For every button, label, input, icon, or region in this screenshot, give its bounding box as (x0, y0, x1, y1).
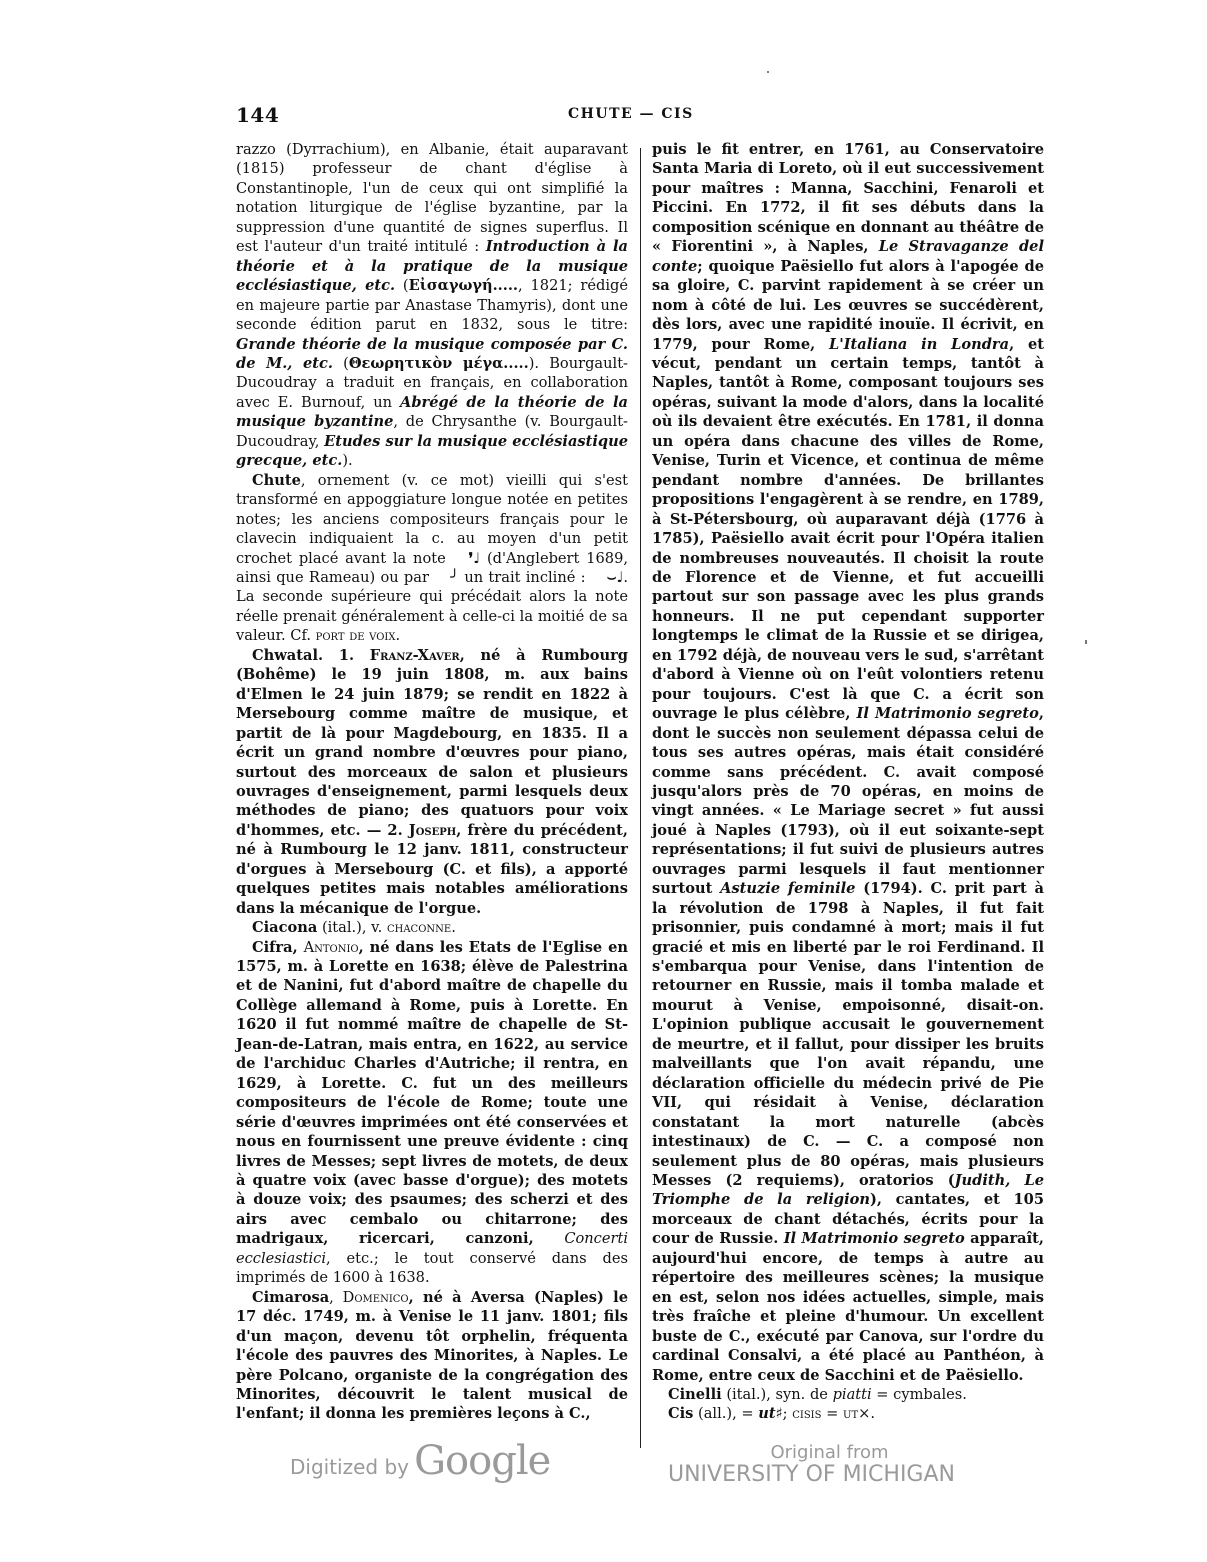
scan-speck (1085, 640, 1087, 644)
text: (ital.), v. (317, 919, 387, 936)
greek-title: Θεωρητικὸν μέγα..... (349, 355, 529, 372)
entry-cis: Cis (all.), = ut♯; cisis = ut×. (652, 1404, 1044, 1423)
text: ( (395, 277, 409, 294)
running-head: CHUTE — CIS (568, 106, 694, 122)
text: , (329, 1289, 342, 1306)
term-italic: piatti (833, 1386, 872, 1403)
term-small-caps: cisis (792, 1405, 821, 1422)
text: ). (342, 452, 352, 469)
text: , dont le succès non seulement dépassa c… (652, 705, 1044, 897)
text: = (822, 1405, 844, 1422)
text: . (451, 919, 456, 936)
person-name: Domenico (343, 1289, 409, 1306)
text: . (870, 1405, 875, 1422)
university-watermark: Original from UNIVERSITY OF MICHIGAN (668, 1444, 955, 1488)
google-logo: Google (414, 1438, 550, 1484)
title-italic: Astuzie feminile (720, 880, 855, 897)
text: . (395, 627, 400, 644)
text: , (293, 939, 304, 956)
watermark-text: Digitized by (290, 1455, 409, 1479)
entry-headword: Chute (252, 472, 301, 489)
music-slanted-stroke-icon: ⌣♩ (591, 568, 624, 587)
term-italic: ut (758, 1405, 775, 1422)
person-name: Antonio (304, 939, 359, 956)
left-column: razzo (Dyrrachium), en Albanie, était au… (236, 140, 628, 1424)
sharp-sign-icon: ♯ (776, 1405, 783, 1422)
entry-cinelli: Cinelli (ital.), syn. de piatti = cymbal… (652, 1385, 1044, 1404)
entry-cimarosa-continued: puis le fit entrer, en 1761, au Conserva… (652, 140, 1044, 1385)
title-italic: Il Matrimonio segreto (857, 705, 1039, 722)
entry-headword: Cifra (252, 939, 293, 956)
music-hook-note-icon: ❜♩ (453, 549, 481, 568)
text: , et vécut, pendant un certain temps, ta… (652, 336, 1044, 723)
text: ( (333, 355, 349, 372)
double-sharp-sign-icon: × (858, 1405, 870, 1422)
entry-cifra: Cifra, Antonio, né dans les Etats de l'E… (236, 938, 628, 1288)
text: . 1. (318, 647, 370, 664)
text: , né dans les Etats de l'Eglise en 1575,… (236, 939, 628, 1248)
text: apparaît, aujourd'hui encore, de temps à… (652, 1230, 1044, 1383)
watermark-text: Original from (668, 1444, 955, 1462)
text: (ital.), syn. de (722, 1386, 833, 1403)
page-number: 144 (236, 103, 279, 127)
text: = cymbales. (872, 1386, 967, 1403)
person-name: Franz-Xaver (370, 647, 460, 664)
greek-title: Εἰσαγωγή..... (409, 277, 518, 294)
text: , né à Rumbourg (Bohême) le 19 juin 1808… (236, 647, 628, 839)
cross-reference: chaconne (387, 919, 451, 936)
entry-headword: Cis (668, 1405, 693, 1422)
entry-headword: Cimarosa (252, 1289, 329, 1306)
text: (all.), = (693, 1405, 758, 1422)
text: un trait incliné : (459, 569, 591, 586)
entry-cimarosa: Cimarosa, Domenico, né à Aversa (Naples)… (236, 1288, 628, 1424)
music-stroke-icon: ╯ (434, 568, 459, 587)
right-column: puis le fit entrer, en 1761, au Conserva… (652, 140, 1044, 1424)
text: , né à Aversa (Naples) le 17 déc. 1749, … (236, 1289, 628, 1423)
column-divider (640, 148, 641, 1448)
text: ; (783, 1405, 793, 1422)
scan-speck (767, 71, 769, 73)
google-watermark: Digitized by Google (290, 1438, 550, 1484)
cross-reference: port de voix (316, 627, 396, 644)
text: (1794). C. prit part à la révolution de … (652, 880, 1044, 1189)
entry-ciacona: Ciacona (ital.), v. chaconne. (236, 918, 628, 937)
term-small-caps: ut (843, 1405, 858, 1422)
watermark-text: UNIVERSITY OF MICHIGAN (668, 1462, 955, 1488)
entry-chwatal: Chwatal. 1. Franz-Xaver, né à Rumbourg (… (236, 646, 628, 918)
entry-chute: Chute, ornement (v. ce mot) vieilli qui … (236, 471, 628, 646)
entry-headword: Cinelli (668, 1386, 722, 1403)
entry-continuation: razzo (Dyrrachium), en Albanie, était au… (236, 140, 628, 471)
entry-headword: Chwatal (252, 647, 318, 664)
title-italic: Il Matrimonio segreto (784, 1230, 965, 1247)
title-italic: L'Italiana in Londra (829, 336, 1009, 353)
person-name: Joseph (409, 822, 456, 839)
entry-headword: Ciacona (252, 919, 317, 936)
